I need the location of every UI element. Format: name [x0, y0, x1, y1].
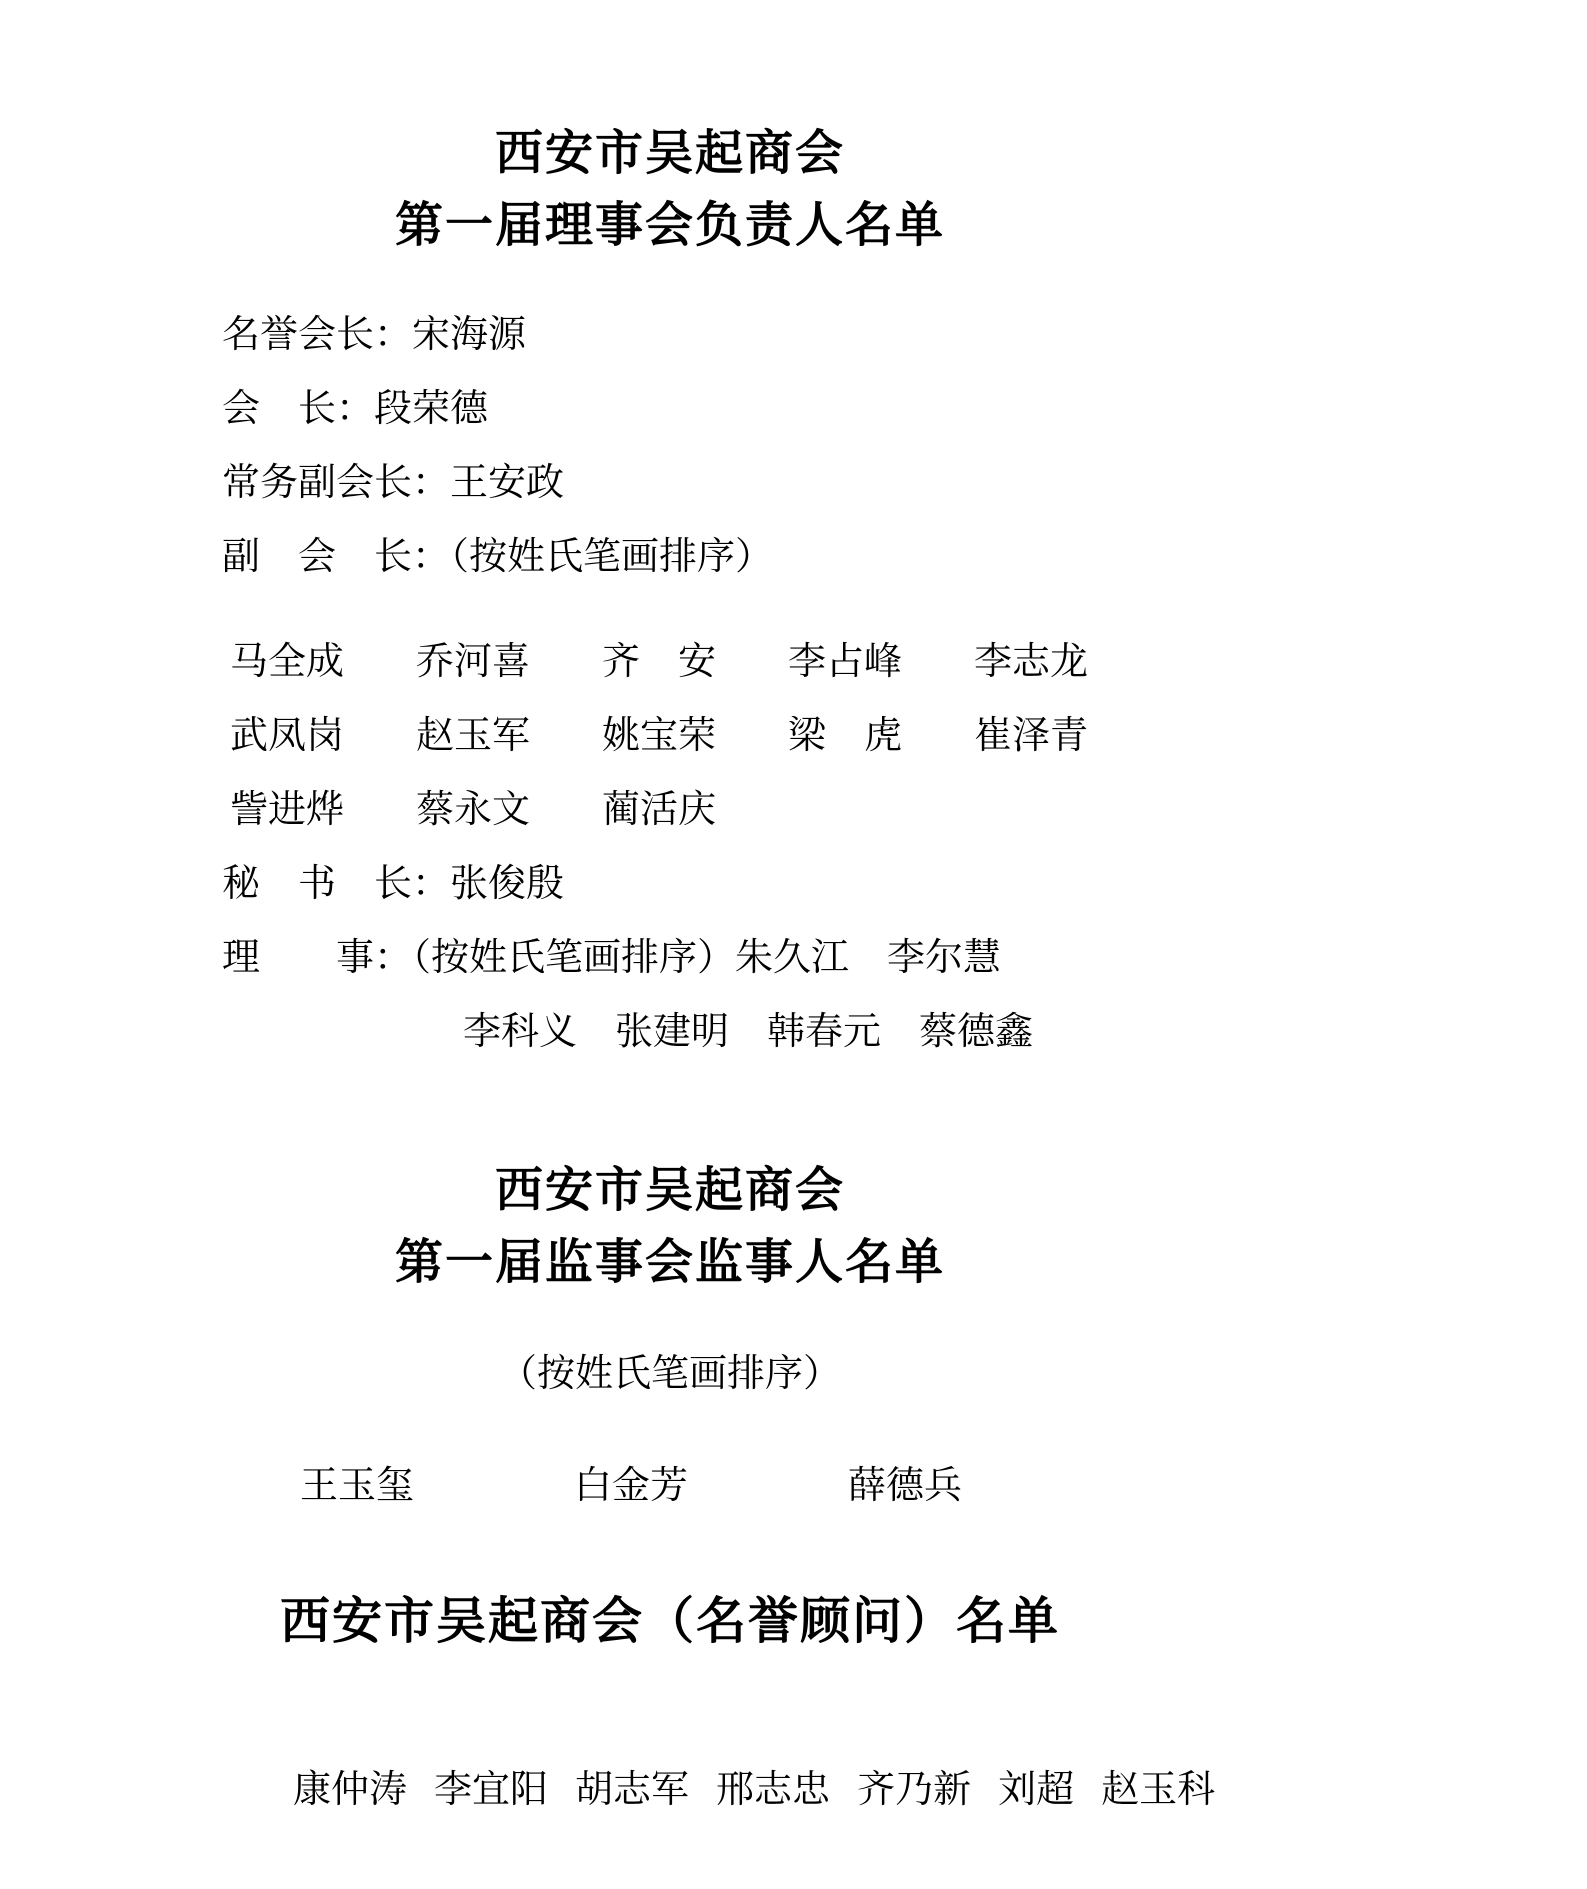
supervisor-name: 王玉玺	[300, 1449, 414, 1523]
vice-president-name: 蔺活庆	[602, 773, 788, 847]
vice-president-name: 赵玉军	[416, 699, 602, 773]
vice-president-name: 马全成	[230, 625, 416, 699]
president-line: 会 长：段荣德	[222, 372, 1340, 446]
vice-president-name: 訾进烨	[230, 773, 416, 847]
vice-president-name: 李志龙	[974, 625, 1160, 699]
advisor-name: 齐乃新	[857, 1753, 971, 1827]
section3-title: 西安市吴起商会（名誉顾问）名单	[0, 1585, 1340, 1657]
honorary-president-line: 名誉会长：宋海源	[222, 298, 1340, 372]
advisor-name: 赵玉科	[1101, 1753, 1215, 1827]
advisor-name: 邢志忠	[716, 1753, 830, 1827]
section1-title-line2: 第一届理事会负责人名单	[0, 190, 1340, 262]
executive-vice-president-line: 常务副会长：王安政	[222, 446, 1340, 520]
directors-continuation-line: 李科义 张建明 韩春元 蔡德鑫	[463, 995, 1340, 1069]
vice-president-name: 武凤岗	[230, 699, 416, 773]
directors-line: 理 事：（按姓氏笔画排序）朱久江 李尔慧	[222, 921, 1340, 995]
advisors-row: 康仲涛 李宜阳 胡志军 邢志忠 齐乃新 刘超 赵玉科	[293, 1753, 1340, 1827]
supervisor-name: 白金芳	[574, 1449, 688, 1523]
document-page: 西安市吴起商会 第一届理事会负责人名单 名誉会长：宋海源 会 长：段荣德 常务副…	[0, 0, 1587, 1889]
vice-president-name: 梁 虎	[788, 699, 974, 773]
section1-title: 西安市吴起商会 第一届理事会负责人名单	[0, 118, 1340, 262]
section2-title-line2: 第一届监事会监事人名单	[0, 1227, 1340, 1299]
vice-president-name: 李占峰	[788, 625, 974, 699]
section1-tail-lines: 秘 书 长：张俊殷 理 事：（按姓氏笔画排序）朱久江 李尔慧 李科义 张建明 韩…	[0, 847, 1340, 1069]
vice-president-name: 姚宝荣	[602, 699, 788, 773]
section2-sort-note: （按姓氏笔画排序）	[0, 1337, 1340, 1411]
secretary-general-line: 秘 书 长：张俊殷	[222, 847, 1340, 921]
vice-presidents-label-line: 副 会 长：（按姓氏笔画排序）	[222, 520, 1340, 594]
section1-title-line1: 西安市吴起商会	[0, 118, 1340, 190]
advisor-name: 康仲涛	[293, 1753, 407, 1827]
section2-title: 西安市吴起商会 第一届监事会监事人名单	[0, 1155, 1340, 1299]
supervisor-name: 薛德兵	[848, 1449, 962, 1523]
section2-title-line1: 西安市吴起商会	[0, 1155, 1340, 1227]
vice-president-name: 乔河喜	[416, 625, 602, 699]
section3-title-line: 西安市吴起商会（名誉顾问）名单	[0, 1585, 1340, 1657]
advisor-name: 李宜阳	[434, 1753, 548, 1827]
vice-president-name: 蔡永文	[416, 773, 602, 847]
vice-presidents-name-grid: 马全成 乔河喜 齐 安 李占峰 李志龙 武凤岗 赵玉军 姚宝荣 梁 虎 崔泽青 …	[230, 625, 1340, 847]
vice-president-name: 齐 安	[602, 625, 788, 699]
section1-officer-lines: 名誉会长：宋海源 会 长：段荣德 常务副会长：王安政 副 会 长：（按姓氏笔画排…	[0, 298, 1340, 594]
advisor-name: 刘超	[998, 1753, 1074, 1827]
supervisors-row: 王玉玺 白金芳 薛德兵	[300, 1449, 1340, 1523]
document-body: 西安市吴起商会 第一届理事会负责人名单 名誉会长：宋海源 会 长：段荣德 常务副…	[0, 0, 1340, 1827]
vice-president-name: 崔泽青	[974, 699, 1160, 773]
advisor-name: 胡志军	[575, 1753, 689, 1827]
